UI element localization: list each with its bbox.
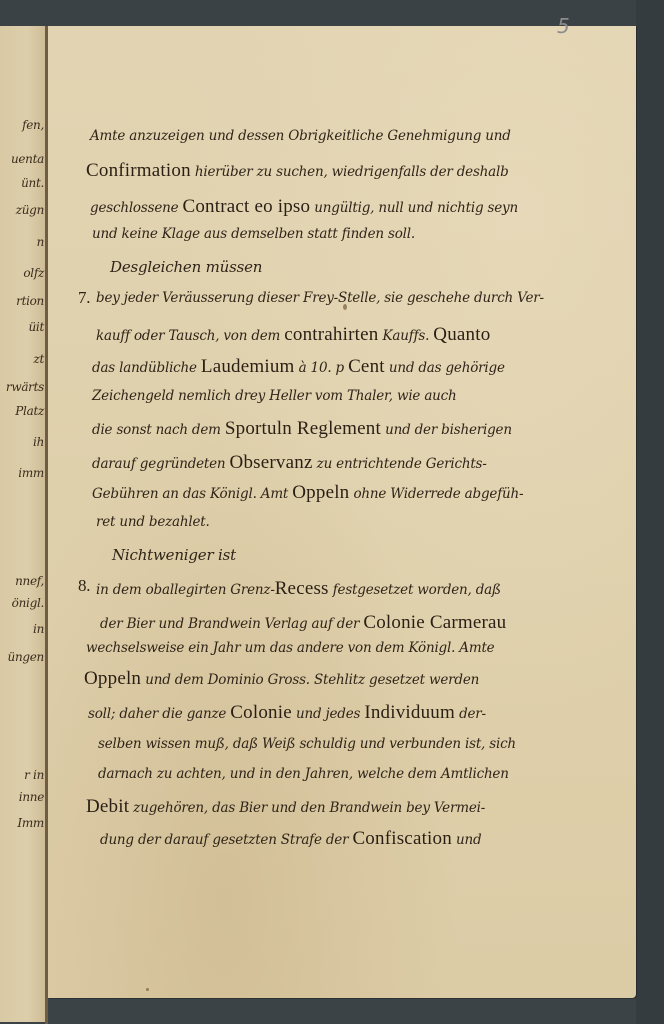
kurrent-text: und das gehörige bbox=[385, 360, 505, 376]
manuscript-line: Gebühren an das Königl. Amt Oppeln ohne … bbox=[92, 482, 523, 504]
manuscript-line: bey jeder Veräusserung dieser Frey-Stell… bbox=[96, 290, 544, 306]
latin-script-term: Colonie Carmerau bbox=[363, 612, 506, 633]
kurrent-text: Amte anzuzeigen und dessen Obrigkeitlich… bbox=[90, 128, 511, 144]
facing-page-text-fragment: ünt. bbox=[21, 176, 44, 190]
facing-page-text-fragment: Platz bbox=[15, 404, 44, 418]
latin-script-term: Oppeln bbox=[84, 668, 141, 689]
facing-page-text-fragment: n bbox=[37, 235, 44, 249]
kurrent-text: kauff oder Tausch, von dem bbox=[96, 328, 284, 344]
kurrent-text: und dem Dominio Gross. Stehlitz gesetzet… bbox=[141, 672, 479, 688]
kurrent-text: dung der darauf gesetzten Strafe der bbox=[100, 832, 352, 848]
kurrent-text: festgesetzet worden, daß bbox=[329, 582, 501, 598]
manuscript-line: in dem oballegirten Grenz-Recess festges… bbox=[96, 578, 501, 600]
latin-script-term: Debit bbox=[86, 796, 129, 817]
kurrent-text: soll; daher die ganze bbox=[88, 706, 230, 722]
facing-page-text-fragment: r in bbox=[24, 768, 44, 782]
latin-script-term: Confirmation bbox=[86, 160, 191, 181]
kurrent-text: wechselsweise ein Jahr um das andere von… bbox=[86, 640, 494, 656]
kurrent-text: darnach zu achten, und in den Jahren, we… bbox=[98, 766, 509, 782]
section-number: 7. bbox=[78, 288, 90, 308]
kurrent-text: ret und bezahlet. bbox=[96, 514, 210, 530]
kurrent-text: Gebühren an das Königl. Amt bbox=[92, 486, 292, 502]
latin-script-term: Contract eo ipso bbox=[182, 196, 310, 217]
facing-page-text-fragment: zt bbox=[33, 352, 44, 366]
facing-page-text-fragment: olfz bbox=[23, 266, 44, 280]
manuscript-line: Debit zugehören, das Bier und den Brandw… bbox=[86, 796, 485, 818]
facing-page-text-fragment: zügn bbox=[16, 203, 44, 217]
kurrent-text: darauf gegründeten bbox=[92, 456, 230, 472]
manuscript-line: ret und bezahlet. bbox=[96, 514, 210, 530]
manuscript-line: selben wissen muß, daß Weiß schuldig und… bbox=[98, 736, 516, 752]
facing-page-text-fragment: rtion bbox=[16, 294, 44, 308]
section-number: 8. bbox=[78, 576, 90, 596]
facing-page-text-fragment: rwärts bbox=[6, 380, 44, 394]
latin-script-term: Individuum bbox=[364, 702, 455, 723]
facing-page-text-fragment: uenta bbox=[11, 152, 44, 166]
latin-script-term: Recess bbox=[275, 578, 329, 599]
manuscript-line: der Bier und Brandwein Verlag auf der Co… bbox=[100, 612, 506, 634]
kurrent-text: selben wissen muß, daß Weiß schuldig und… bbox=[98, 736, 516, 752]
kurrent-text: zugehören, das Bier und den Brandwein be… bbox=[129, 800, 485, 816]
manuscript-line: wechselsweise ein Jahr um das andere von… bbox=[86, 640, 494, 656]
facing-page-text-fragment: inne bbox=[19, 790, 44, 804]
latin-script-term: Sportuln Reglement bbox=[225, 418, 381, 439]
latin-script-term: Laudemium bbox=[201, 356, 295, 377]
section-lead-in: Desgleichen müssen bbox=[110, 258, 262, 276]
facing-page-text-fragment: in bbox=[33, 622, 44, 636]
facing-page-text-fragment: fen, bbox=[22, 118, 44, 132]
folio-number: 5 bbox=[557, 14, 570, 38]
scan-background-right bbox=[636, 0, 664, 1024]
manuscript-line: darnach zu achten, und in den Jahren, we… bbox=[98, 766, 509, 782]
kurrent-text: ohne Widerrede abgefüh- bbox=[349, 486, 523, 502]
document-viewer: fen,uentaünt.zügnnolfzrtionüitztrwärtsPl… bbox=[0, 0, 664, 1024]
kurrent-text: Zeichengeld nemlich drey Heller vom Thal… bbox=[92, 388, 457, 404]
manuscript-line: dung der darauf gesetzten Strafe der Con… bbox=[100, 828, 481, 850]
kurrent-text: und bbox=[452, 832, 482, 848]
kurrent-text: Kauffs. bbox=[378, 328, 433, 344]
kurrent-text: zu entrichtende Gerichts- bbox=[313, 456, 487, 472]
manuscript-page: Amte anzuzeigen und dessen Obrigkeitlich… bbox=[48, 26, 636, 998]
latin-script-term: Oppeln bbox=[292, 482, 349, 503]
section-lead-in: Nichtweniger ist bbox=[112, 546, 236, 564]
kurrent-text: das landübliche bbox=[92, 360, 201, 376]
facing-page-text-fragment: Imm bbox=[17, 816, 44, 830]
latin-script-term: Confiscation bbox=[352, 828, 452, 849]
latin-script-term: Cent bbox=[348, 356, 385, 377]
manuscript-line: und keine Klage aus demselben statt find… bbox=[92, 226, 415, 242]
kurrent-text: à 10. p bbox=[295, 360, 349, 376]
manuscript-line: Zeichengeld nemlich drey Heller vom Thal… bbox=[92, 388, 457, 404]
latin-script-term: Colonie bbox=[230, 702, 292, 723]
manuscript-line: geschlossene Contract eo ipso ungültig, … bbox=[90, 196, 518, 218]
manuscript-line: das landübliche Laudemium à 10. p Cent u… bbox=[92, 356, 505, 378]
facing-page-text-fragment: nnef, bbox=[15, 574, 44, 588]
manuscript-line: Oppeln und dem Dominio Gross. Stehlitz g… bbox=[84, 668, 479, 690]
kurrent-text: ungültig, null und nichtig seyn bbox=[310, 200, 518, 216]
facing-page-text-fragment: üit bbox=[29, 320, 45, 334]
kurrent-text: der Bier und Brandwein Verlag auf der bbox=[100, 616, 363, 632]
manuscript-line: kauff oder Tausch, von dem contrahirten … bbox=[96, 324, 490, 346]
manuscript-line: Amte anzuzeigen und dessen Obrigkeitlich… bbox=[90, 128, 511, 144]
manuscript-line: Confirmation hierüber zu suchen, wiedrig… bbox=[86, 160, 509, 182]
manuscript-line: darauf gegründeten Observanz zu entricht… bbox=[92, 452, 487, 474]
manuscript-line: die sonst nach dem Sportuln Reglement un… bbox=[92, 418, 512, 440]
kurrent-text: hierüber zu suchen, wiedrigenfalls der d… bbox=[191, 164, 509, 180]
latin-script-term: Quanto bbox=[433, 324, 490, 345]
facing-page-text-fragment: ih bbox=[33, 435, 44, 449]
ink-spot bbox=[146, 988, 149, 991]
latin-script-term: contrahirten bbox=[284, 324, 378, 345]
facing-page-text-fragment: imm bbox=[18, 466, 44, 480]
kurrent-text: geschlossene bbox=[90, 200, 182, 216]
kurrent-text: und keine Klage aus demselben statt find… bbox=[92, 226, 415, 242]
kurrent-text: und jedes bbox=[292, 706, 364, 722]
facing-page-fragment: fen,uentaünt.zügnnolfzrtionüitztrwärtsPl… bbox=[0, 26, 46, 1022]
kurrent-text: die sonst nach dem bbox=[92, 422, 225, 438]
latin-script-term: Observanz bbox=[230, 452, 313, 473]
kurrent-text: und der bisherigen bbox=[381, 422, 512, 438]
kurrent-text: der- bbox=[455, 706, 486, 722]
facing-page-text-fragment: önigl. bbox=[12, 596, 44, 610]
kurrent-text: bey jeder Veräusserung dieser Frey-Stell… bbox=[96, 290, 544, 306]
manuscript-line: soll; daher die ganze Colonie und jedes … bbox=[88, 702, 486, 724]
facing-page-text-fragment: üngen bbox=[8, 650, 44, 664]
kurrent-text: in dem oballegirten Grenz- bbox=[96, 582, 275, 598]
